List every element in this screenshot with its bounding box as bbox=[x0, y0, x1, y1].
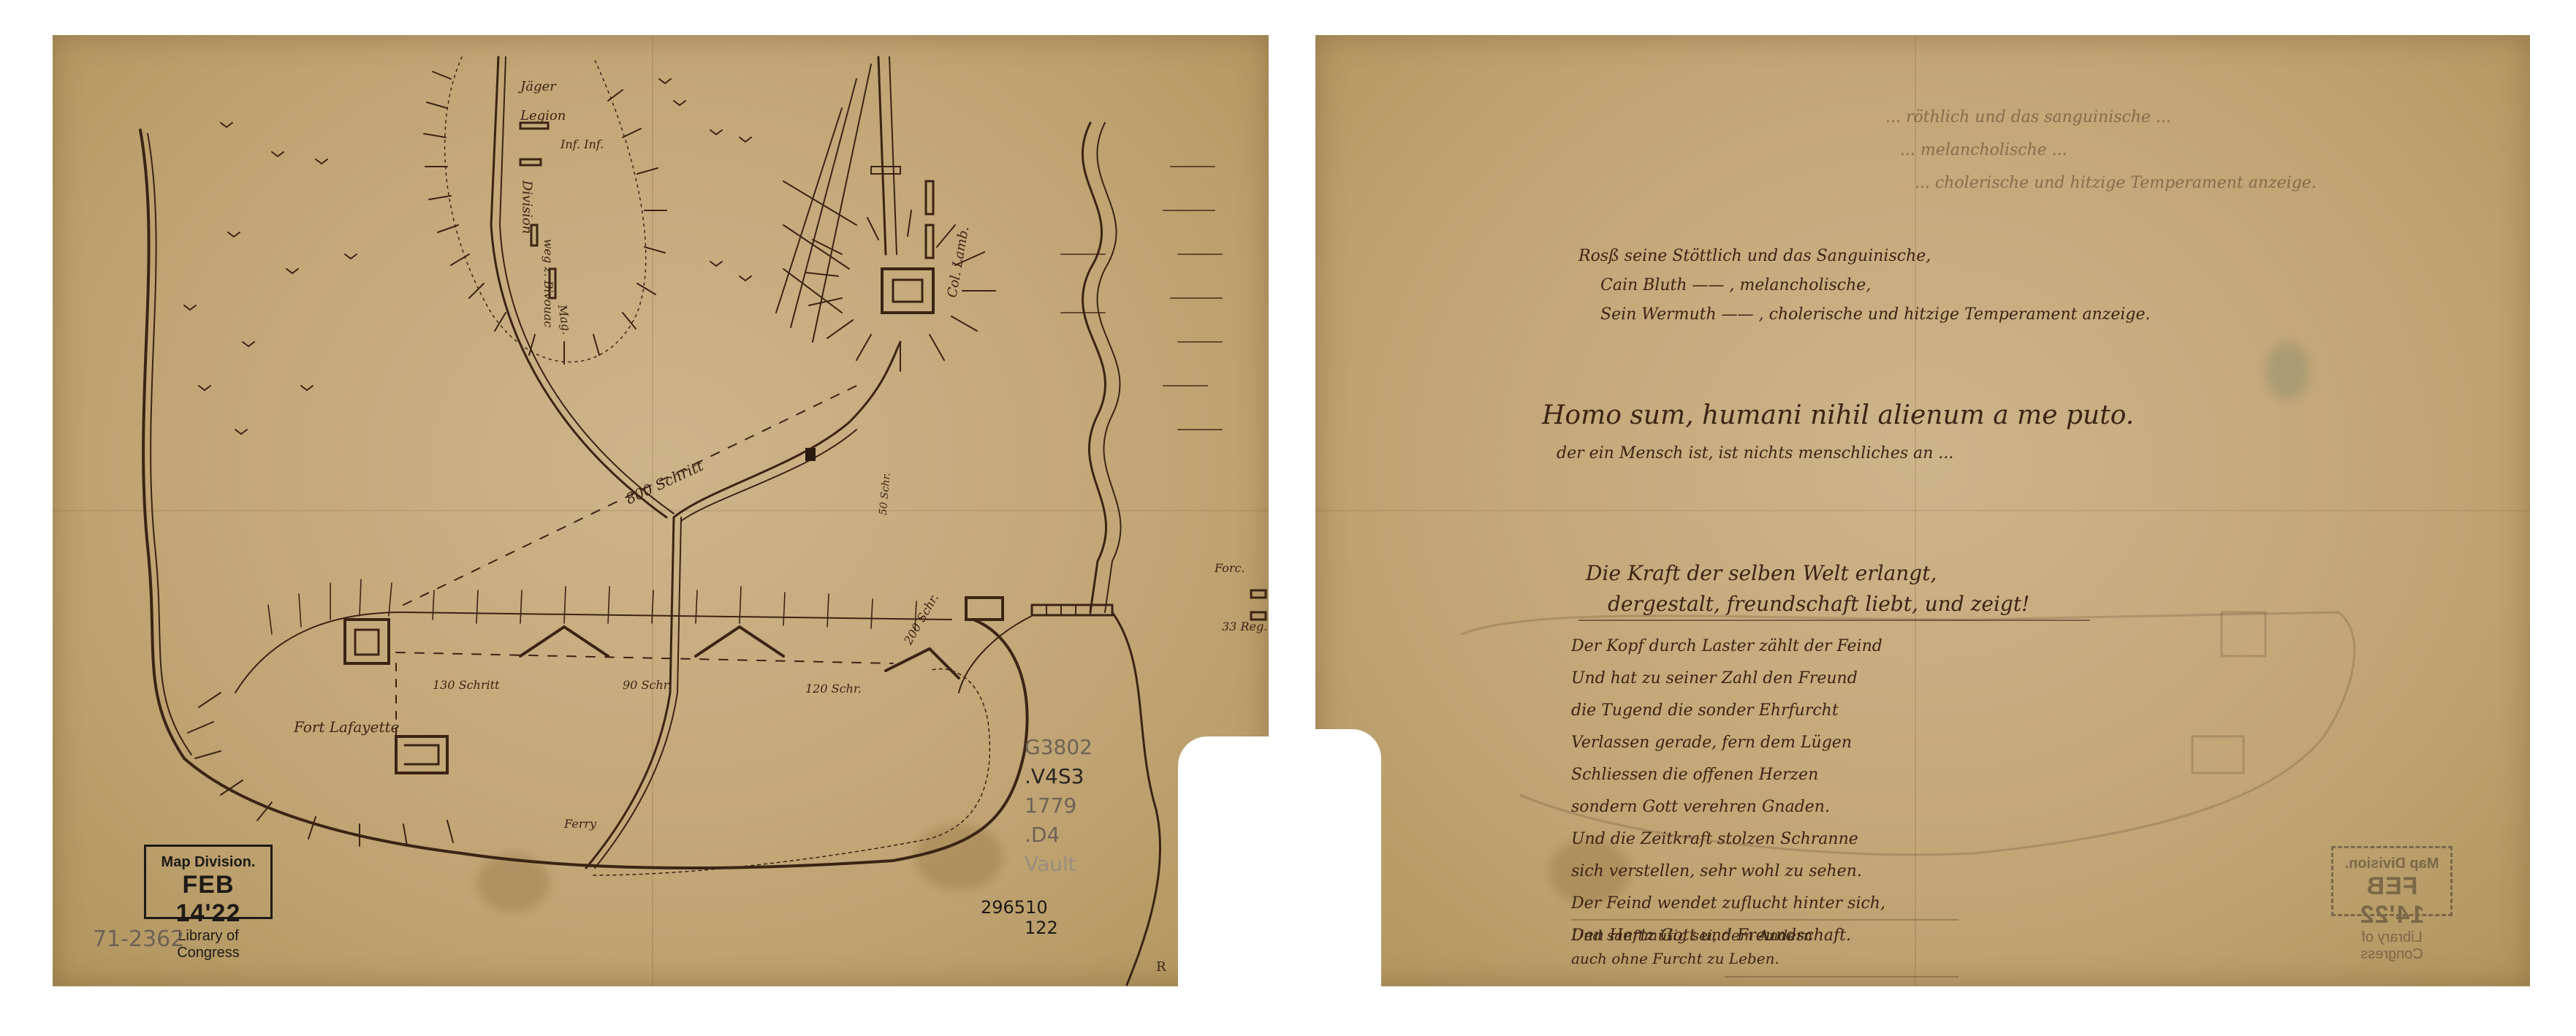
stamp-line-date: FEB 14'22 bbox=[146, 871, 270, 928]
call-number: G3802 .V4S3 1779 .D4 Vault bbox=[1025, 733, 1093, 879]
call-number-location: Vault bbox=[1025, 850, 1093, 879]
divider-rule bbox=[1578, 620, 2090, 621]
map-label-division: Division bbox=[519, 180, 534, 235]
faded-line: ... röthlich und das sanguinische ... bbox=[1885, 108, 2171, 126]
faded-line: ... melancholische ... bbox=[1900, 141, 2067, 159]
map-label-ferry: Ferry bbox=[564, 817, 596, 831]
call-number-class: G3802 bbox=[1025, 733, 1093, 762]
map-sheet-front: Jäger Legion Inf. Inf. Division weg z. B… bbox=[53, 35, 1269, 986]
map-label-distance-90: 90 Schr. bbox=[623, 678, 672, 692]
temperament-line: Cain Bluth —— , melancholische, bbox=[1600, 276, 1871, 294]
map-label-distance-130: 130 Schritt bbox=[433, 678, 499, 692]
divider-rule bbox=[1571, 919, 1958, 921]
verse-line: Der Kopf durch Laster zählt der Feind bbox=[1571, 631, 1885, 663]
library-stamp-bleed: Map Division. FEB 14'22 Library of Congr… bbox=[2331, 846, 2452, 916]
map-label-jaeger: Jäger bbox=[520, 79, 556, 94]
closing-line: auch ohne Furcht zu Leben. bbox=[1571, 950, 1779, 967]
divider-rule bbox=[1725, 976, 1958, 978]
temperament-line: Rosß seine Stöttlich und das Sanguinisch… bbox=[1578, 247, 1931, 265]
faded-line: ... cholerische und hitzige Temperament … bbox=[1915, 174, 2317, 192]
verse-line: sondern Gott verehren Gnaden. bbox=[1571, 791, 1885, 823]
library-stamp: Map Division. FEB 14'22 Library of Congr… bbox=[144, 845, 273, 919]
map-label-camp-road: weg z. Bivouac bbox=[542, 239, 555, 327]
call-number-author: .D4 bbox=[1025, 820, 1093, 850]
closing-line: Und sanftmütig sei, dem Andern bbox=[1571, 926, 1812, 944]
map-label-fort-lafayette: Fort Lafayette bbox=[294, 718, 399, 736]
verse-block: Der Kopf durch Laster zählt der Feind Un… bbox=[1571, 631, 1885, 952]
temperament-line: Sein Wermuth —— , cholerische und hitzig… bbox=[1600, 305, 2150, 324]
verse-heading: Die Kraft der selben Welt erlangt, bbox=[1586, 561, 1937, 585]
map-sheet-back: ... röthlich und das sanguinische ... ..… bbox=[1315, 35, 2530, 986]
marker-icon bbox=[805, 448, 816, 461]
stamp-line-division: Map Division. bbox=[2333, 856, 2450, 872]
accession-number: 71-2362 bbox=[93, 926, 184, 952]
latin-gloss: der ein Mensch ist, ist nichts menschlic… bbox=[1557, 444, 1953, 462]
corner-mark: R bbox=[1156, 959, 1166, 975]
map-label-regt-top: Forc. bbox=[1215, 561, 1245, 575]
verse-heading: dergestalt, freundschaft liebt, und zeig… bbox=[1608, 592, 2029, 616]
catalog-number: 296510 122 bbox=[981, 897, 1058, 938]
call-number-year: 1779 bbox=[1025, 791, 1093, 820]
call-number-cutter: .V4S3 bbox=[1025, 762, 1093, 791]
map-label-infantry: Inf. Inf. bbox=[561, 137, 604, 151]
map-label-legion: Legion bbox=[520, 108, 566, 123]
verse-line: sich verstellen, sehr wohl zu sehen. bbox=[1571, 856, 1885, 888]
latin-motto: Homo sum, humani nihil alienum a me puto… bbox=[1542, 400, 2134, 430]
stamp-line-date: FEB 14'22 bbox=[2333, 872, 2450, 929]
catalog-number-sub: 122 bbox=[981, 918, 1058, 938]
verse-line: Schliessen die offenen Herzen bbox=[1571, 759, 1885, 791]
catalog-number-main: 296510 bbox=[981, 897, 1058, 918]
verse-line: Verlassen gerade, fern dem Lügen bbox=[1571, 727, 1885, 759]
stamp-line-division: Map Division. bbox=[146, 854, 270, 871]
stamp-line-library: Library of Congress bbox=[2333, 929, 2450, 963]
map-label-regt: 33 Reg. bbox=[1222, 620, 1267, 633]
map-label-distance-120: 120 Schr. bbox=[805, 682, 862, 696]
verse-line: Und die Zeitkraft stolzen Schranne bbox=[1571, 823, 1885, 856]
verse-line: Der Feind wendet zuflucht hinter sich, bbox=[1571, 888, 1885, 920]
verse-line: die Tugend die sonder Ehrfurcht bbox=[1571, 695, 1885, 727]
verse-line: Und hat zu seiner Zahl den Freund bbox=[1571, 663, 1885, 695]
